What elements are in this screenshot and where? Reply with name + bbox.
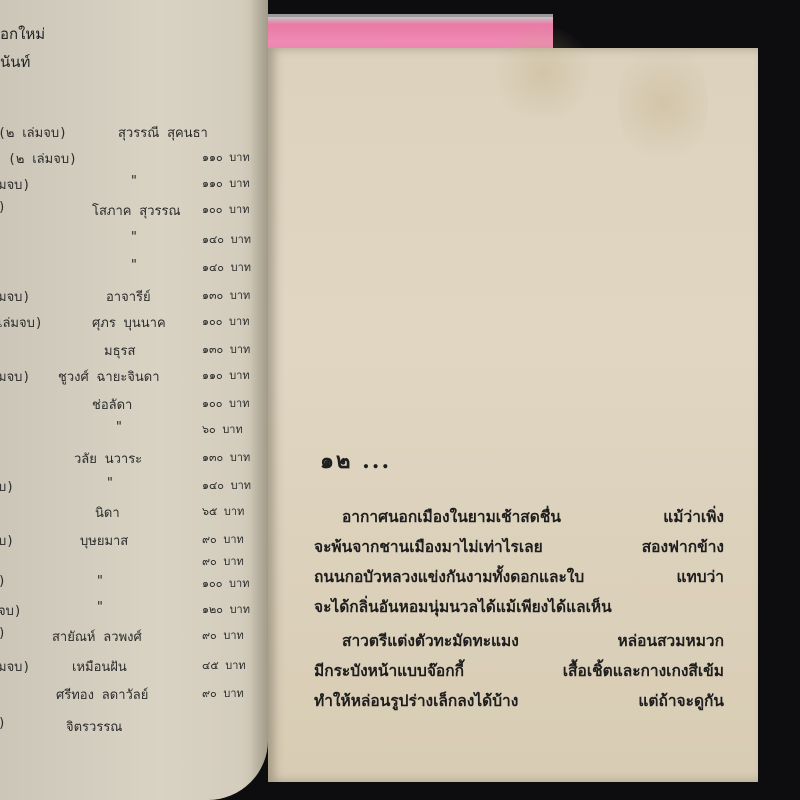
list-item: มธุรส๑๓๐ บาท	[0, 340, 268, 360]
author: ชูวงศ์ ฉายะจินดา	[58, 366, 160, 387]
text: จะพ้นจากชานเมืองมาไม่เท่าไรเลย	[314, 534, 543, 559]
list-item: บ)บุษยมาส๙๐ บาท	[0, 530, 268, 550]
price: ๑๒๐ บาท	[202, 600, 250, 618]
list-item: ศรีทอง ลดาวัลย์๙๐ บาท	[0, 684, 268, 704]
list-item: (๒ เล่มจบ)สุวรรณี สุคนธา	[0, 122, 268, 142]
author: บุษยมาส	[80, 530, 128, 551]
volumes: จบ)	[0, 600, 22, 621]
paragraph-line: จะพ้นจากชานเมืองมาไม่เท่าไรเลยสองฟากข้าง	[314, 534, 724, 559]
price: ๑๓๐ บาท	[202, 448, 250, 466]
volumes: )	[0, 200, 6, 215]
water-stain	[618, 38, 708, 168]
volumes: มจบ)	[0, 174, 30, 195]
author: ศรีทอง ลดาวัลย์	[56, 684, 148, 705]
volumes: (๒ เล่มจบ)	[0, 122, 67, 143]
volumes: เล่มจบ)	[0, 312, 43, 333]
text: แทบว่า	[677, 564, 724, 589]
author: นิดา	[95, 502, 120, 523]
list-item: มจบ)อาจารีย์๑๓๐ บาท	[0, 286, 268, 306]
list-item: )โสภาค สุวรรณ๑๐๐ บาท	[0, 200, 268, 220]
list-item: (๒ เล่มจบ)๑๑๐ บาท	[0, 148, 268, 168]
text: แม้ว่าเพิ่ง	[663, 504, 724, 529]
author: จิตรวรรณ	[66, 716, 122, 737]
paragraph-line: มีกระบังหน้าแบบจ๊อกกี้เสื้อเชิ้ตและกางเก…	[314, 658, 724, 683]
text: แต่ถ้าจะดูกัน	[638, 688, 724, 713]
author: โสภาค สุวรรณ	[92, 200, 181, 221]
price: ๔๕ บาท	[202, 656, 246, 674]
price: ๙๐ บาท	[202, 684, 244, 702]
list-item: จบ)"๑๒๐ บาท	[0, 600, 268, 620]
left-header-line-1: อกใหม่	[0, 22, 45, 46]
author: "	[130, 174, 138, 189]
paragraph-line: จะได้กลิ่นอันหอมนุ่มนวลได้แม้เพียงได้แลเ…	[314, 594, 724, 619]
price: ๑๓๐ บาท	[202, 286, 250, 304]
author: "	[106, 476, 114, 491]
price: ๙๐ บาท	[202, 530, 244, 548]
author: สุวรรณี สุคนธา	[118, 122, 208, 143]
price: ๑๓๐ บาท	[202, 340, 250, 358]
price: ๑๑๐ บาท	[202, 174, 250, 192]
price: ๑๔๐ บาท	[202, 258, 251, 276]
volumes: มจบ)	[0, 286, 30, 307]
list-item: "๖๐ บาท	[0, 420, 268, 440]
price: ๑๐๐ บาท	[202, 574, 249, 592]
text: ทำให้หล่อนรูปร่างเล็กลงได้บ้าง	[314, 688, 518, 713]
paragraph-line: ทำให้หล่อนรูปร่างเล็กลงได้บ้างแต่ถ้าจะดู…	[314, 688, 724, 713]
price: ๑๐๐ บาท	[202, 200, 249, 218]
list-item: "๑๔๐ บาท	[0, 230, 268, 250]
price: ๑๑๐ บาท	[202, 366, 250, 384]
list-item: วลัย นวาระ๑๓๐ บาท	[0, 448, 268, 468]
price: ๑๐๐ บาท	[202, 394, 249, 412]
author: "	[96, 574, 104, 589]
author: ศุภร บุนนาค	[92, 312, 166, 333]
volumes: บ)	[0, 530, 14, 551]
author: อาจารีย์	[106, 286, 151, 307]
volumes: )	[0, 626, 6, 641]
text: สาวตรีแต่งตัวทะมัดทะแมง	[342, 628, 519, 653]
list-item: มจบ)ชูวงศ์ ฉายะจินดา๑๑๐ บาท	[0, 366, 268, 386]
list-item: ๙๐ บาท	[0, 552, 268, 572]
author: สายัณห์ ลวพงศ์	[52, 626, 142, 647]
right-page-chapter: ๑๒ ... อากาศนอกเมืองในยามเช้าสดชื่นแม้ว่…	[268, 48, 758, 782]
price: ๑๑๐ บาท	[202, 148, 250, 166]
volumes: )	[0, 716, 6, 731]
price: ๖๕ บาท	[202, 502, 244, 520]
volumes: มจบ)	[0, 366, 30, 387]
volumes: (๒ เล่มจบ)	[8, 148, 77, 169]
author: เหมือนฝัน	[72, 656, 127, 677]
list-item: มจบ)"๑๑๐ บาท	[0, 174, 268, 194]
list-item: บ)"๑๔๐ บาท	[0, 476, 268, 496]
text: หล่อนสวมหมวก	[617, 628, 724, 653]
paragraph-line: สาวตรีแต่งตัวทะมัดทะแมงหล่อนสวมหมวก	[314, 628, 724, 653]
list-item: )สายัณห์ ลวพงศ์๙๐ บาท	[0, 626, 268, 646]
list-item: ช่อลัดา๑๐๐ บาท	[0, 394, 268, 414]
list-item: เล่มจบ)ศุภร บุนนาค๑๐๐ บาท	[0, 312, 268, 332]
text: ถนนกอบัวหลวงแข่งกันงามทั้งดอกและใบ	[314, 564, 584, 589]
paragraph-line: อากาศนอกเมืองในยามเช้าสดชื่นแม้ว่าเพิ่ง	[314, 504, 724, 529]
author: มธุรส	[104, 340, 135, 361]
left-page-book-list: อกใหม่ นันท์ (๒ เล่มจบ)สุวรรณี สุคนธา (๒…	[0, 0, 268, 800]
author: ช่อลัดา	[92, 394, 132, 415]
volumes: บ)	[0, 476, 14, 497]
price: ๙๐ บาท	[202, 626, 244, 644]
author: "	[96, 600, 104, 615]
price: ๙๐ บาท	[202, 552, 244, 570]
list-item: )"๑๐๐ บาท	[0, 574, 268, 594]
author: "	[130, 258, 138, 273]
chapter-heading: ๑๒ ...	[320, 443, 391, 478]
author: "	[115, 420, 123, 435]
volumes: )	[0, 574, 6, 589]
text: สองฟากข้าง	[642, 534, 724, 559]
author: "	[130, 230, 138, 245]
text: อากาศนอกเมืองในยามเช้าสดชื่น	[342, 504, 561, 529]
left-header-line-2: นันท์	[0, 50, 30, 74]
list-item: "๑๔๐ บาท	[0, 258, 268, 278]
price: ๖๐ บาท	[202, 420, 243, 438]
paragraph-line: ถนนกอบัวหลวงแข่งกันงามทั้งดอกและใบแทบว่า	[314, 564, 724, 589]
price: ๑๔๐ บาท	[202, 230, 251, 248]
list-item: มจบ)เหมือนฝัน๔๕ บาท	[0, 656, 268, 676]
list-item: นิดา๖๕ บาท	[0, 502, 268, 522]
text: เสื้อเชิ้ตและกางเกงสีเข้ม	[563, 658, 724, 683]
text: จะได้กลิ่นอันหอมนุ่มนวลได้แม้เพียงได้แลเ…	[314, 594, 612, 619]
price: ๑๐๐ บาท	[202, 312, 249, 330]
volumes: มจบ)	[0, 656, 30, 677]
text: มีกระบังหน้าแบบจ๊อกกี้	[314, 658, 464, 683]
water-stain	[488, 28, 598, 118]
price: ๑๔๐ บาท	[202, 476, 251, 494]
author: วลัย นวาระ	[74, 448, 142, 469]
list-item: )จิตรวรรณ	[0, 716, 268, 736]
